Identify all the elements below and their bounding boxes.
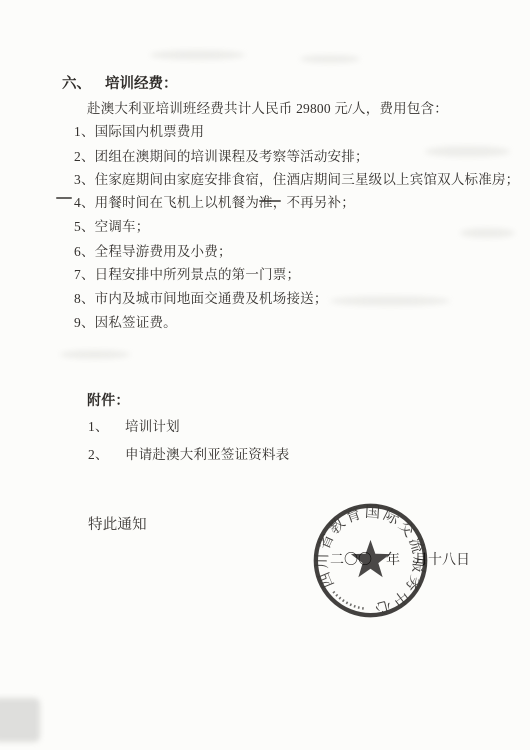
attachments-label: 附件： — [87, 393, 130, 411]
scanned-notice-page: 六、 培训经费： 赴澳大利亚培训班经费共计人民币 29800 元/人，费用包含：… — [0, 0, 530, 750]
fee-item: 2、团组在澳期间的培训课程及考察等活动安排； — [74, 148, 369, 166]
fee-item: 1、国际国内机票费用 — [74, 123, 204, 141]
fee-item: 6、全程导游费用及小费； — [74, 243, 232, 261]
attachment-item: 1、 培训计划 — [88, 418, 180, 436]
crease-artifact — [56, 197, 72, 199]
fee-item: 5、空调车； — [74, 218, 149, 236]
attachment-label: 申请赴澳大利亚签证资料表 — [125, 446, 289, 464]
attachment-number: 1、 — [88, 418, 125, 436]
fee-item: 3、住家庭期间由家庭安排食宿，住酒店期间三星级以上宾馆双人标准房； — [74, 171, 519, 189]
scan-smudge — [330, 296, 450, 306]
fee-item: 4、用餐时间在飞机上以机餐为准，不再另补； — [74, 194, 355, 212]
official-seal-stamp: 四川省教育国际交流服务中心 — [288, 478, 453, 643]
scan-smudge — [460, 228, 515, 238]
attachment-number: 2、 — [88, 446, 125, 464]
scan-smudge — [300, 55, 360, 63]
closing-line: 特此通知 — [88, 516, 147, 534]
fee-item: 8、市内及城市间地面交通费及机场接送； — [74, 290, 328, 308]
attachment-item: 2、 申请赴澳大利亚签证资料表 — [88, 446, 289, 464]
scan-smudge — [0, 698, 40, 742]
section-title: 培训经费： — [105, 72, 178, 93]
scan-smudge — [425, 146, 510, 157]
intro-line: 赴澳大利亚培训班经费共计人民币 29800 元/人，费用包含： — [87, 100, 448, 118]
scan-smudge — [60, 350, 130, 359]
fee-item: 7、日程安排中所列景点的第一门票； — [74, 266, 300, 284]
scan-smudge — [150, 50, 245, 60]
attachment-label: 培训计划 — [125, 418, 180, 436]
section-number: 六、 — [62, 72, 91, 93]
fee-item: 9、因私签证费。 — [74, 314, 177, 332]
star-icon — [351, 540, 390, 577]
section-heading: 六、 培训经费： — [62, 72, 178, 93]
seal-graphic: 四川省教育国际交流服务中心 — [288, 478, 453, 643]
